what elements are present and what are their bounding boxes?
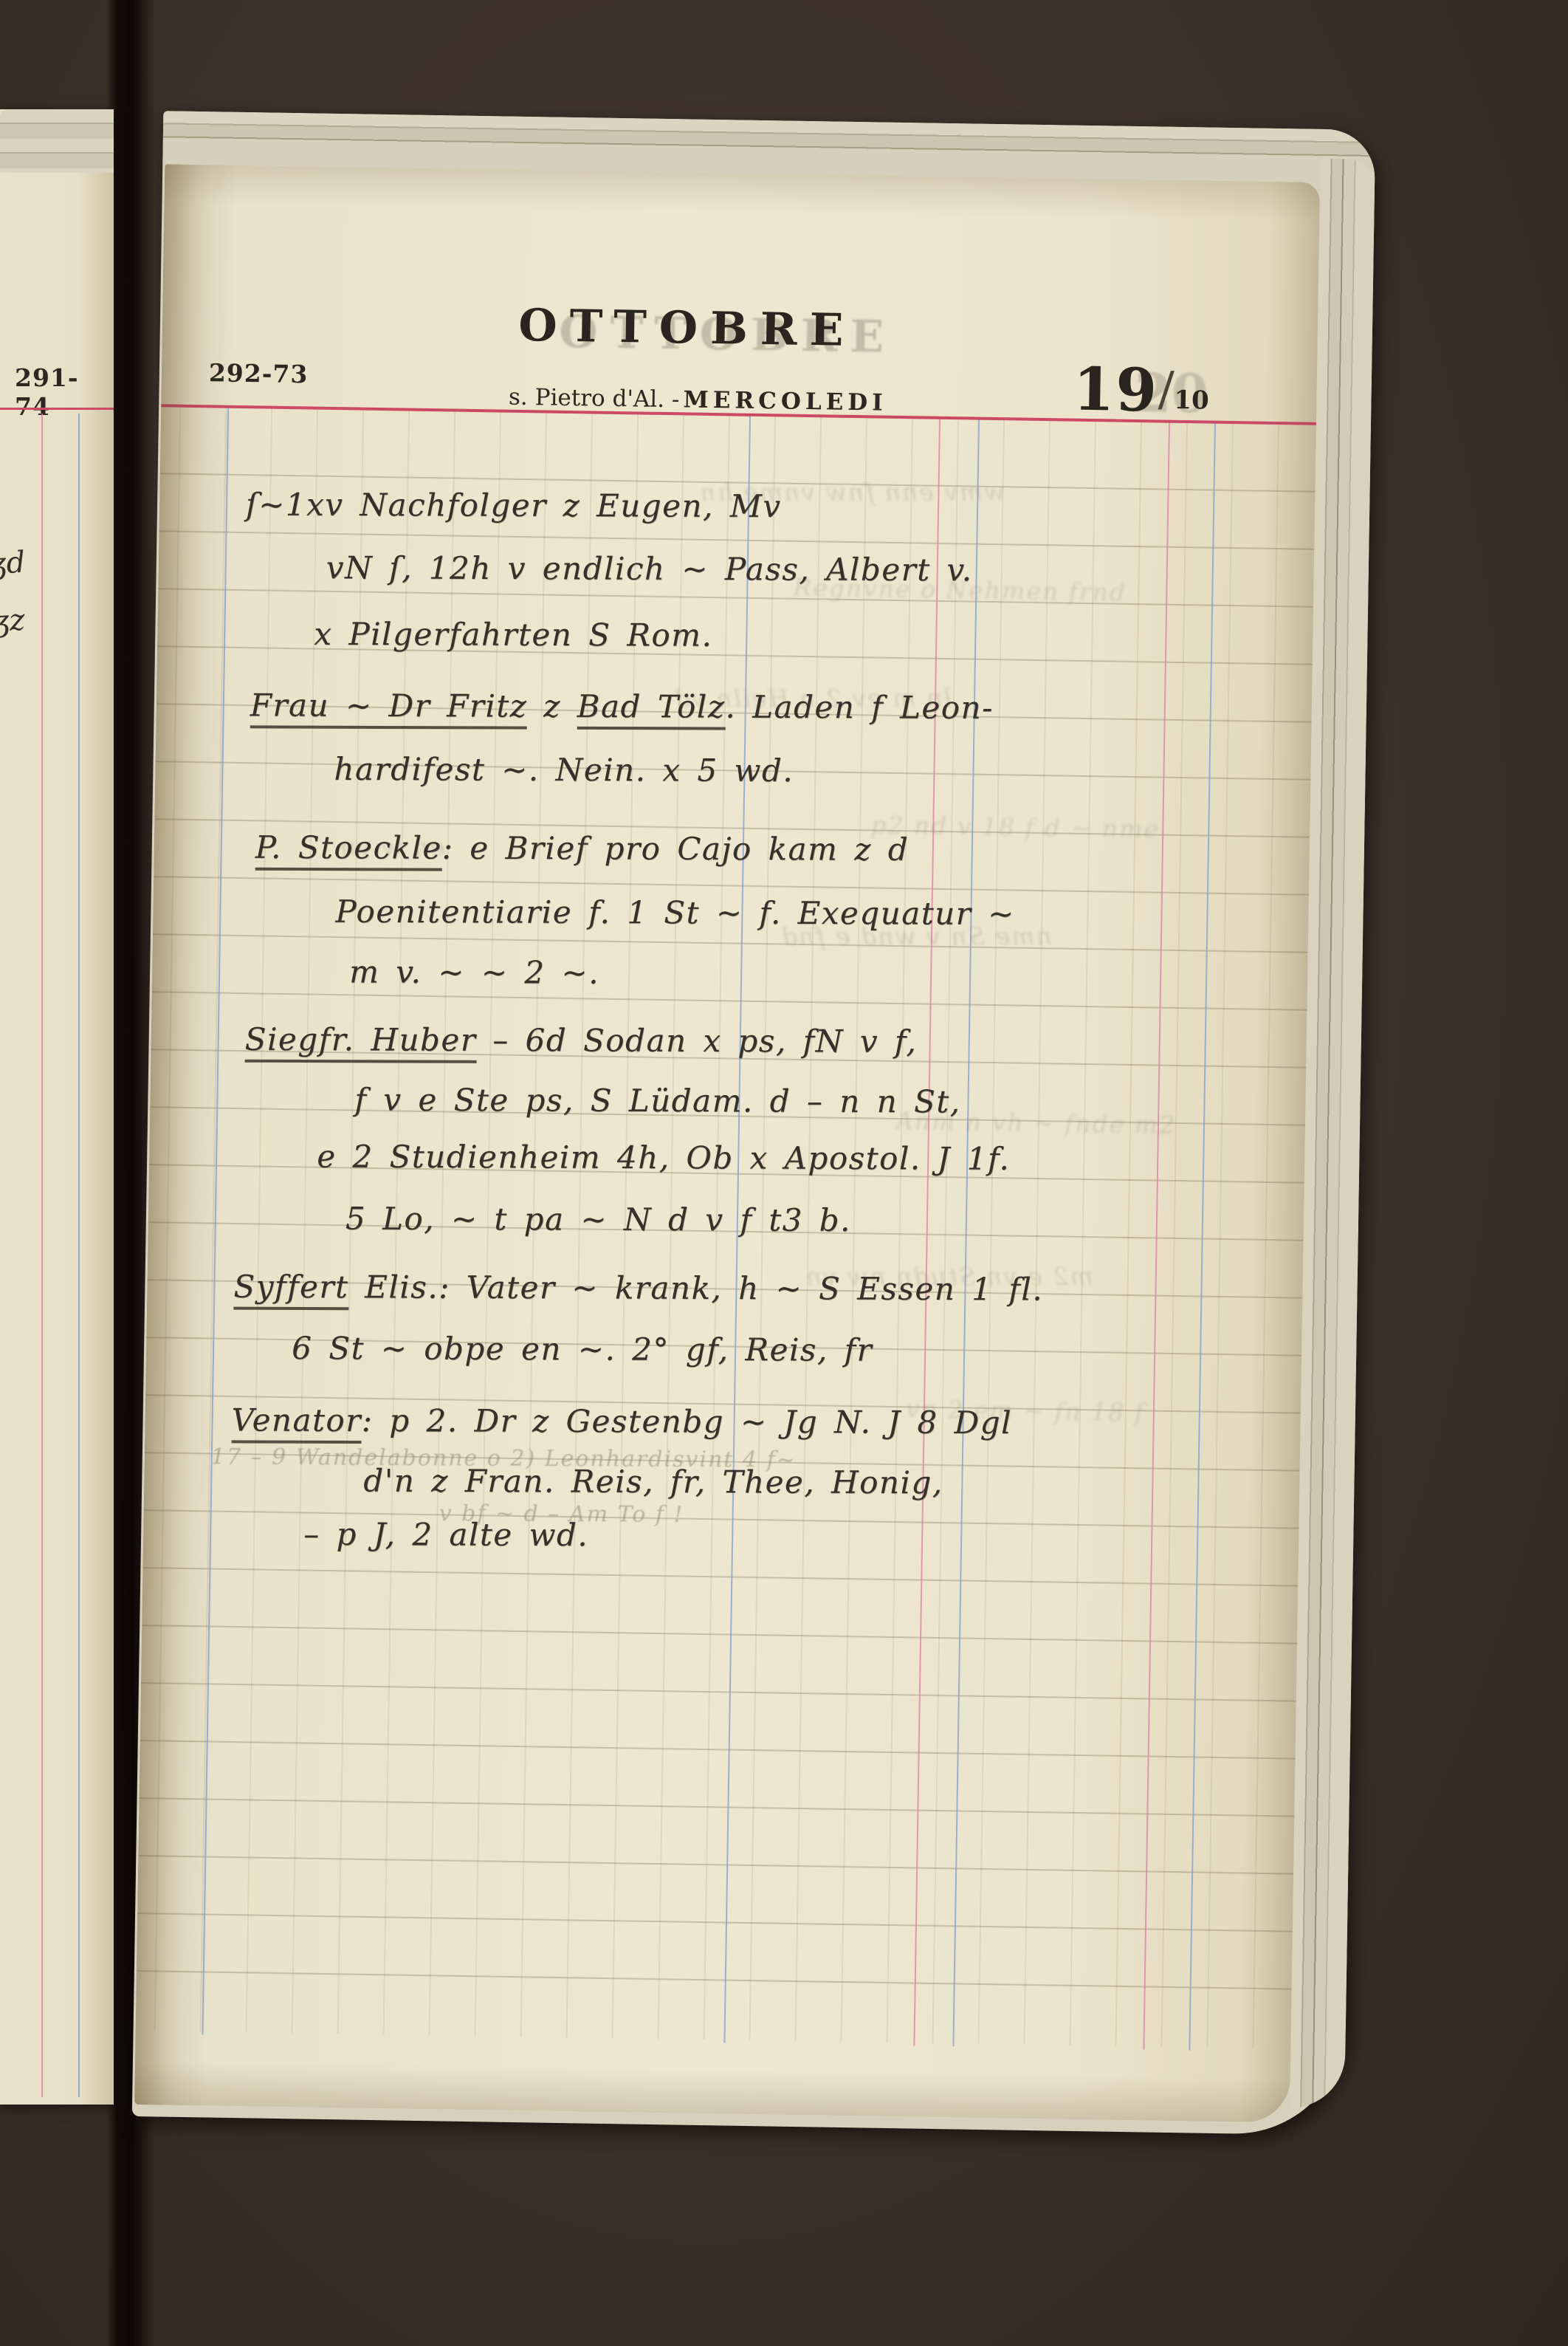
handwriting-underlined-word: Venator	[232, 1402, 362, 1444]
photo-of-diary: { "header": { "month_title": "OTTOBRE", …	[0, 0, 1568, 2346]
ruled-line	[137, 1913, 1293, 1932]
handwriting-line: 5 Lo, ~ t pa ~ N d v f t3 b.	[345, 1201, 851, 1238]
previous-page-number: 291-74	[15, 363, 114, 421]
handwriting-underlined-word: Bad Tölz	[577, 688, 726, 730]
weekday-label: MERCOLEDI	[683, 386, 887, 416]
handwriting-line: Venator: p 2. Dr z Gestenbg ~ Jg N. J 8 …	[232, 1402, 1013, 1441]
handwriting-text: x Pilgerfahrten S Rom.	[314, 616, 712, 654]
handwriting-text: hardifest ~. Nein. x 5 wd.	[334, 751, 794, 789]
handwriting-fragment: ʒd	[0, 545, 27, 581]
handwriting-line: Frau ~ Dr Fritz z Bad Tölz. Laden f Leon…	[250, 687, 994, 726]
column-line	[1115, 422, 1142, 2046]
handwriting-line: d'n z Fran. Reis, fr, Thee, Honig,	[363, 1463, 943, 1501]
handwriting-line: Poenitentiarie f. 1 St ~ f. Exequatur ~	[335, 894, 1015, 932]
handwriting-line: m v. ~ ~ 2 ~.	[349, 953, 599, 990]
handwriting-text: – p J, 2 alte wd.	[303, 1516, 588, 1553]
handwriting-text: : e Brief pro Cajo kam z d	[442, 830, 909, 868]
ruled-line	[142, 1625, 1297, 1644]
previous-page-top-edge	[0, 109, 114, 173]
handwriting-text: 5 Lo, ~ t pa ~ N d v f t3 b.	[345, 1201, 851, 1238]
handwriting-line: e 2 Studienheim 4h, Ob x Apostol. J 1f.	[317, 1138, 1010, 1176]
bleedthrough-text: p2 nd v 18 f d ~ nme	[870, 810, 1160, 843]
diary-book: OTTOBRE OTTOBRE 292-73 s. Pietro d'Al. -…	[132, 111, 1375, 2135]
day-number: 19	[1073, 354, 1159, 425]
ruled-line	[153, 933, 1308, 953]
ruled-line	[138, 1855, 1293, 1875]
column-line	[292, 409, 319, 2034]
ruled-line	[154, 876, 1309, 896]
column-line	[154, 407, 182, 2031]
handwriting-line: hardifest ~. Nein. x 5 wd.	[334, 751, 794, 789]
handwriting-text: Elis.: Vater ~ krank, h ~ S Essen 1 fl.	[348, 1269, 1043, 1307]
handwriting-line: – p J, 2 alte wd.	[303, 1516, 588, 1553]
handwriting-underlined-word: Frau ~ Dr Fritz	[250, 687, 528, 729]
handwriting-line: P. Stoeckle: e Brief pro Cajo kam z d	[255, 829, 909, 868]
column-line	[886, 418, 913, 2043]
saint-day-label: s. Pietro d'Al. -	[509, 384, 680, 414]
column-line	[200, 408, 227, 2032]
handwriting-line: ſ~1xv Nachfolger z Eugen, Mv	[246, 487, 782, 525]
ruled-line	[142, 1567, 1298, 1587]
ruled-line	[158, 588, 1313, 608]
previous-page-edge: 291-74 ʒd ʒz	[0, 109, 114, 2105]
day-slash: /	[1158, 362, 1175, 416]
column-line	[1023, 420, 1051, 2045]
column-line	[1252, 424, 1279, 2048]
handwriting-line: f v e Ste ps, S Lüdam. d – n n St,	[354, 1082, 960, 1120]
ruled-line	[152, 991, 1307, 1011]
blue-column-ruling	[952, 419, 980, 2047]
handwriting-text: d'n z Fran. Reis, fr, Thee, Honig,	[363, 1463, 943, 1501]
ruled-line	[137, 1970, 1292, 1990]
handwriting-text: z	[527, 688, 577, 724]
ruled-line	[141, 1682, 1296, 1702]
handwriting-line: Siegfr. Huber – 6d Sodan x ps, fN v f,	[245, 1021, 918, 1060]
ruled-line	[159, 530, 1314, 550]
month-title: OTTOBRE	[443, 298, 931, 357]
handwriting-text: vN ſ, 12h v endlich ~ Pass, Albert v.	[326, 549, 973, 588]
handwriting-underlined-word: P. Stoeckle	[255, 829, 442, 871]
handwriting-text: ſ~1xv Nachfolger z Eugen, Mv	[246, 487, 782, 525]
handwriting-text: Poenitentiarie f. 1 St ~ f. Exequatur ~	[335, 894, 1015, 932]
diary-page: OTTOBRE OTTOBRE 292-73 s. Pietro d'Al. -…	[134, 164, 1320, 2122]
column-line	[1069, 421, 1096, 2045]
handwriting-fragment: ʒz	[0, 603, 26, 639]
handwriting-underlined-word: Siegfr. Huber	[245, 1021, 477, 1063]
column-line	[977, 419, 1005, 2044]
previous-page-pink-ruling	[41, 414, 43, 2097]
day-month-number: 10	[1174, 385, 1209, 416]
handwriting-text: : p 2. Dr z Gestenbg ~ Jg N. J 8 Dgl	[362, 1402, 1012, 1441]
handwriting-text: – 6d Sodan x ps, fN v f,	[476, 1022, 917, 1060]
handwriting-line: x Pilgerfahrten S Rom.	[314, 616, 712, 654]
column-line	[246, 408, 273, 2033]
previous-page-red-rule	[0, 408, 114, 410]
handwriting-text: . Laden f Leon-	[725, 689, 994, 726]
handwriting-line: 6 St ~ obpe en ~. 2° gf, Reis, fr	[292, 1330, 873, 1368]
ruled-line	[140, 1797, 1295, 1817]
page-number: 292-73	[209, 358, 309, 388]
handwriting-text: 6 St ~ obpe en ~. 2° gf, Reis, fr	[292, 1330, 873, 1368]
previous-page-blue-ruling	[78, 414, 80, 2097]
blue-margin-ruling	[202, 408, 230, 2035]
handwriting-line: vN ſ, 12h v endlich ~ Pass, Albert v.	[326, 549, 973, 588]
handwriting-text: f v e Ste ps, S Lüdam. d – n n St,	[354, 1082, 960, 1120]
ruled-line	[140, 1740, 1296, 1760]
handwriting-text: e 2 Studienheim 4h, Ob x Apostol. J 1f.	[317, 1138, 1010, 1176]
handwriting-line: Syffert Elis.: Vater ~ krank, h ~ S Esse…	[233, 1269, 1043, 1308]
handwriting-underlined-word: Syffert	[233, 1269, 348, 1311]
handwriting-text: m v. ~ ~ 2 ~.	[349, 953, 599, 990]
day-number-block: 19/10	[1073, 354, 1210, 426]
